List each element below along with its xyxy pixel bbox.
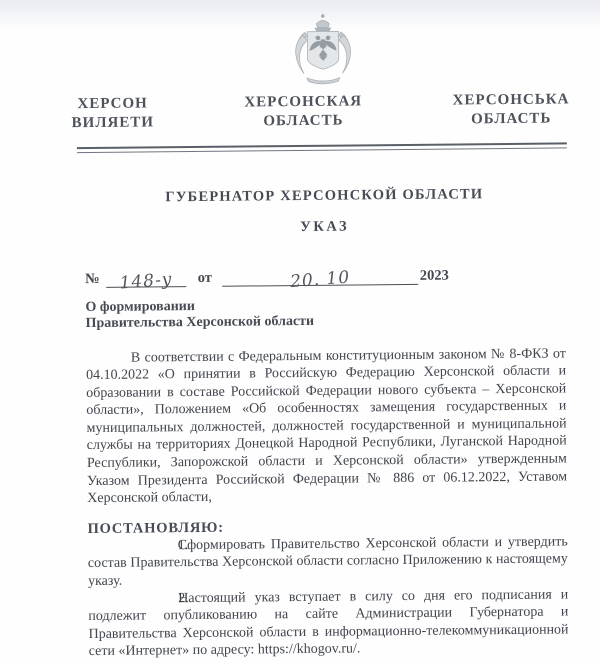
date-underline: 20. 10	[222, 265, 418, 286]
letterhead-left-line1: ХЕРСОН	[71, 94, 154, 114]
letterhead-right-line2: ОБЛАСТЬ	[453, 109, 570, 129]
date-from-label: от	[198, 269, 212, 286]
scanned-decree-page: ХЕРСОН ВИЛЯЕТИ ХЕРСОНСКАЯ ОБЛАСТЬ ХЕРСОН…	[0, 0, 600, 662]
letterhead-left-line2: ВИЛЯЕТИ	[72, 113, 155, 133]
year-label: 2023	[420, 267, 449, 284]
decree-item-2: 2.Настоящий указ вступает в силу со дня …	[88, 586, 569, 661]
coat-of-arms-icon	[283, 13, 362, 88]
letterhead-center-line2: ОБЛАСТЬ	[244, 111, 362, 131]
letterhead-center: ХЕРСОНСКАЯ ОБЛАСТЬ	[244, 92, 362, 131]
number-underline: 148-у	[106, 268, 186, 288]
letterhead-emblem	[83, 11, 564, 92]
handwritten-date: 20. 10	[221, 262, 418, 297]
number-date-line: № 148-у от 20. 10 2023	[85, 259, 565, 288]
number-sign-label: №	[85, 270, 100, 287]
authority-title: ГУБЕРНАТОР ХЕРСОНСКОЙ ОБЛАСТИ	[84, 185, 564, 207]
item-1-number: 1.	[133, 537, 178, 555]
letterhead-center-line1: ХЕРСОНСКАЯ	[244, 92, 362, 112]
subject-line2: Правительства Херсонской области	[85, 311, 565, 332]
letterhead-right-line1: ХЕРСОНСЬКА	[453, 90, 570, 110]
preamble-paragraph: В соответствии с Федеральным конституцио…	[86, 345, 567, 508]
doc-type-title: УКАЗ	[85, 216, 565, 238]
subject-heading: О формировании Правительства Херсонской …	[85, 295, 565, 333]
letterhead-right: ХЕРСОНСЬКА ОБЛАСТЬ	[453, 90, 570, 129]
decree-item-1: 1.Сформировать Правительство Херсонской …	[88, 533, 568, 590]
handwritten-number: 148-у	[105, 268, 186, 294]
item-2-number: 2.	[133, 590, 178, 608]
letterhead: ХЕРСОН ВИЛЯЕТИ ХЕРСОНСКАЯ ОБЛАСТЬ ХЕРСОН…	[71, 90, 569, 133]
letterhead-divider-rule	[77, 142, 567, 152]
letterhead-left: ХЕРСОН ВИЛЯЕТИ	[71, 94, 154, 133]
document-content: ХЕРСОН ВИЛЯЕТИ ХЕРСОНСКАЯ ОБЛАСТЬ ХЕРСОН…	[0, 0, 600, 662]
